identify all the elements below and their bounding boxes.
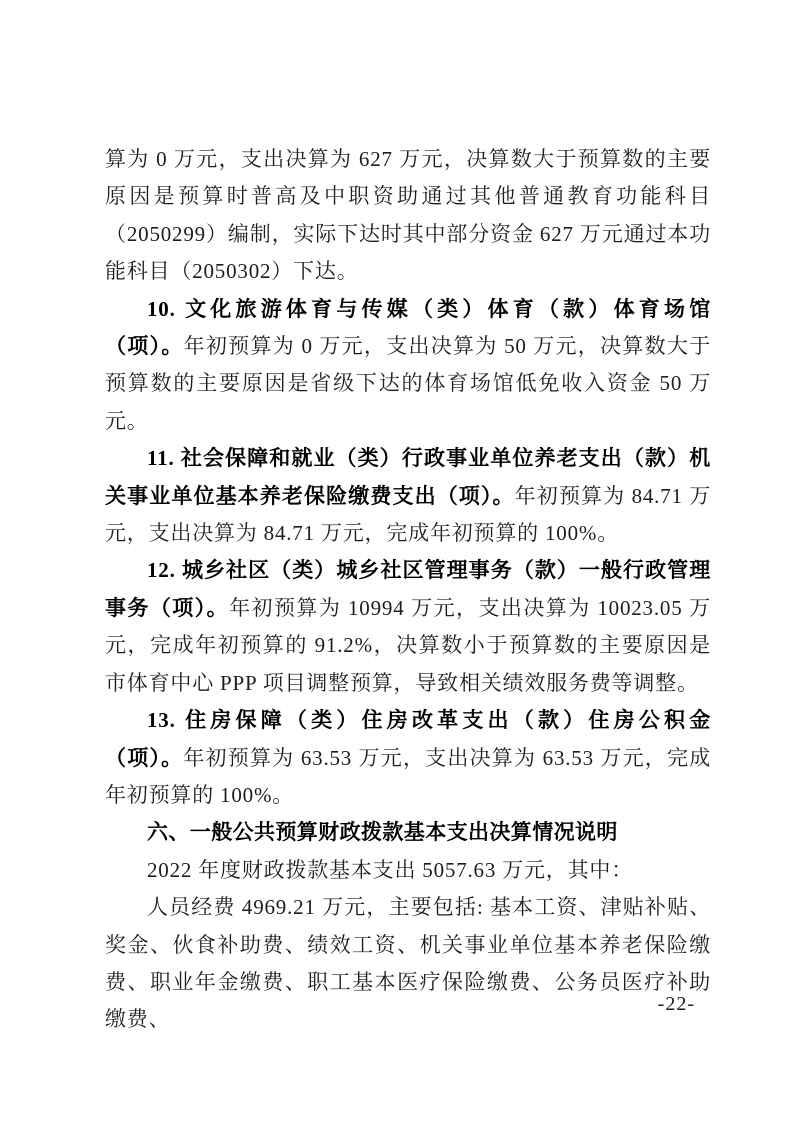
para-continuation: 算为 0 万元，支出决算为 627 万元，决算数大于预算数的主要原因是预算时普高… <box>105 141 711 291</box>
para-continuation-run-0: 算为 0 万元，支出决算为 627 万元，决算数大于预算数的主要原因是预算时普高… <box>105 147 711 283</box>
section-heading-6: 六、一般公共预算财政拨款基本支出决算情况说明 <box>105 814 711 851</box>
para-personnel-expense: 人员经费 4969.21 万元，主要包括: 基本工资、津贴补贴、奖金、伙食补助费… <box>105 889 711 1039</box>
para-item-10-run-1: 年初预算为 0 万元，支出决算为 50 万元，决算数大于预算数的主要原因是省级下… <box>105 334 711 433</box>
page-number: -22- <box>658 993 695 1016</box>
section-heading-6-run-0: 六、一般公共预算财政拨款基本支出决算情况说明 <box>147 821 618 844</box>
document-page: 算为 0 万元，支出决算为 627 万元，决算数大于预算数的主要原因是预算时普高… <box>0 0 793 1122</box>
para-item-11: 11. 社会保障和就业（类）行政事业单位养老支出（款）机关事业单位基本养老保险缴… <box>105 440 711 552</box>
para-basic-expense-total: 2022 年度财政拨款基本支出 5057.63 万元，其中： <box>105 852 711 889</box>
para-item-13-run-1: 年初预算为 63.53 万元，支出决算为 63.53 万元，完成年初预算的 10… <box>105 746 711 807</box>
para-basic-expense-total-run-0: 2022 年度财政拨款基本支出 5057.63 万元，其中： <box>147 858 633 882</box>
para-personnel-expense-run-0: 人员经费 4969.21 万元，主要包括: 基本工资、津贴补贴、奖金、伙食补助费… <box>105 895 711 1031</box>
para-item-12: 12. 城乡社区（类）城乡社区管理事务（款）一般行政管理事务（项）。年初预算为 … <box>105 552 711 702</box>
para-item-13: 13. 住房保障（类）住房改革支出（款）住房公积金（项）。年初预算为 63.53… <box>105 702 711 814</box>
document-body: 算为 0 万元，支出决算为 627 万元，决算数大于预算数的主要原因是预算时普高… <box>105 141 711 1039</box>
para-item-10: 10. 文化旅游体育与传媒（类）体育（款）体育场馆（项）。年初预算为 0 万元，… <box>105 291 711 441</box>
